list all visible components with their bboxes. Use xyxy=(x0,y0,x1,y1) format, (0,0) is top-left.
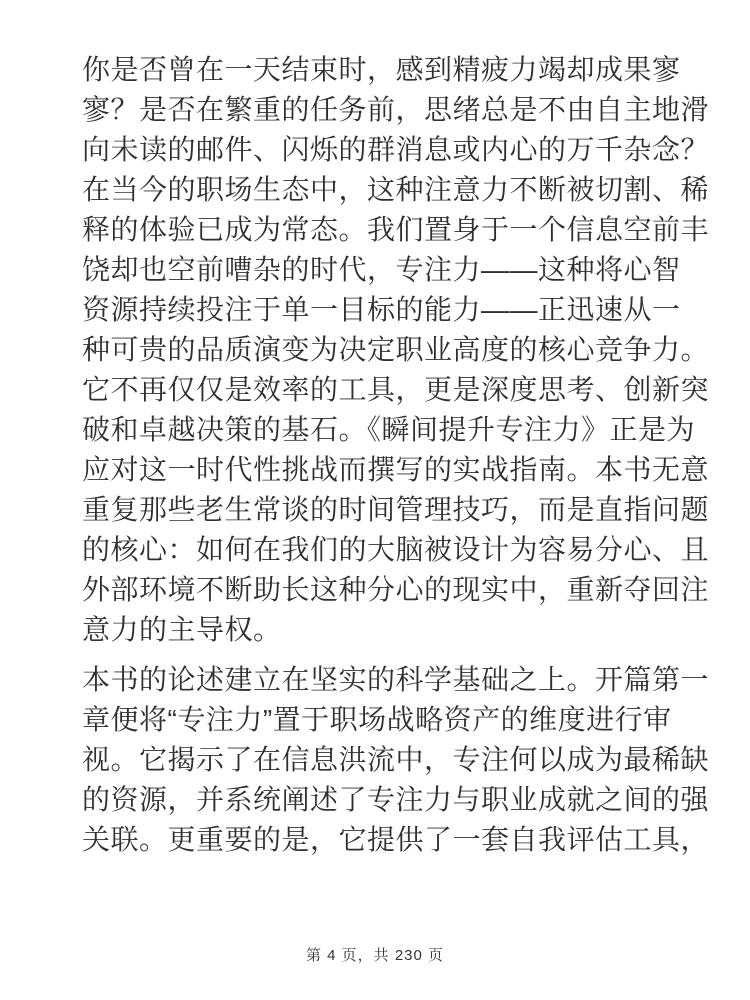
document-page: 你是否曾在一天结束时，感到精疲力竭却成果寥 寥？是否在繁重的任务前，思绪总是不由… xyxy=(0,0,750,1000)
text-line: 你是否曾在一天结束时，感到精疲力竭却成果寥 xyxy=(82,50,682,90)
text-line: 饶却也空前嘈杂的时代，专注力——这种将心智 xyxy=(82,250,682,290)
paragraph-1: 你是否曾在一天结束时，感到精疲力竭却成果寥 寥？是否在繁重的任务前，思绪总是不由… xyxy=(82,50,682,650)
text-line: 章便将“专注力”置于职场战略资产的维度进行审 xyxy=(82,700,682,740)
text-line: 向未读的邮件、闪烁的群消息或内心的万千杂念？ xyxy=(82,130,682,170)
text-line: 资源持续投注于单一目标的能力——正迅速从一 xyxy=(82,290,682,330)
text-line: 关联。更重要的是，它提供了一套自我评估工具， xyxy=(82,820,682,860)
text-line: 应对这一时代性挑战而撰写的实战指南。本书无意 xyxy=(82,450,682,490)
text-line: 重复那些老生常谈的时间管理技巧，而是直指问题 xyxy=(82,490,682,530)
text-line: 它不再仅仅是效率的工具，更是深度思考、创新突 xyxy=(82,370,682,410)
text-line: 的核心：如何在我们的大脑被设计为容易分心、且 xyxy=(82,530,682,570)
page-text: 你是否曾在一天结束时，感到精疲力竭却成果寥 寥？是否在繁重的任务前，思绪总是不由… xyxy=(82,50,682,860)
text-line: 视。它揭示了在信息洪流中，专注何以成为最稀缺 xyxy=(82,740,682,780)
text-line: 释的体验已成为常态。我们置身于一个信息空前丰 xyxy=(82,210,682,250)
text-line: 种可贵的品质演变为决定职业高度的核心竞争力。 xyxy=(82,330,682,370)
text-line: 本书的论述建立在坚实的科学基础之上。开篇第一 xyxy=(82,660,682,700)
text-line: 的资源，并系统阐述了专注力与职业成就之间的强 xyxy=(82,780,682,820)
text-line: 在当今的职场生态中，这种注意力不断被切割、稀 xyxy=(82,170,682,210)
paragraph-2: 本书的论述建立在坚实的科学基础之上。开篇第一 章便将“专注力”置于职场战略资产的… xyxy=(82,660,682,860)
text-line: 寥？是否在繁重的任务前，思绪总是不由自主地滑 xyxy=(82,90,682,130)
text-line: 意力的主导权。 xyxy=(82,610,682,650)
text-line: 外部环境不断助长这种分心的现实中，重新夺回注 xyxy=(82,570,682,610)
text-line: 破和卓越决策的基石。《瞬间提升专注力》正是为 xyxy=(82,410,682,450)
page-indicator: 第 4 页，共 230 页 xyxy=(0,947,750,965)
